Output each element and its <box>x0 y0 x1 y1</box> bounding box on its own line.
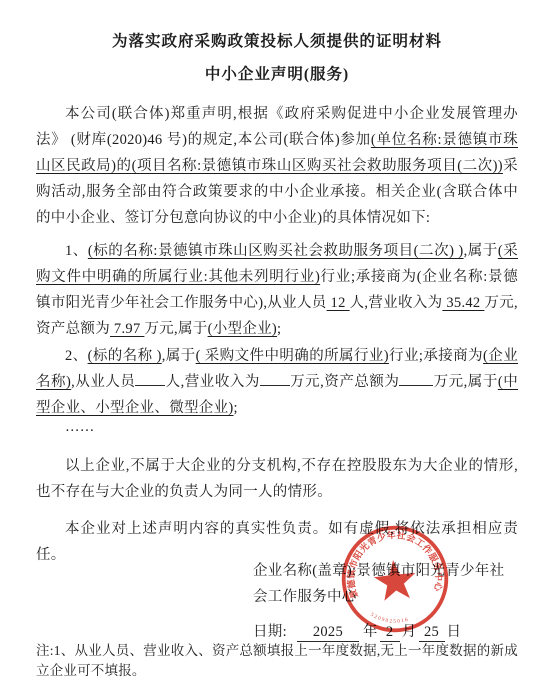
item1-employees-value: 12 <box>327 295 350 311</box>
item1-text: 万元,属于 <box>144 321 207 337</box>
item1-assets-value: 7.97 <box>110 321 144 337</box>
item2-text: 行业;承接商为 <box>389 348 483 364</box>
item1-size-field: (小型企业) <box>208 321 277 337</box>
branch-declaration-paragraph: 以上企业,不属于大企业的分支机构,不存在控股股东为大企业的情形,也不存在与大企业… <box>36 453 518 505</box>
date-year-field: 2025 <box>297 623 359 642</box>
year-unit: 年 <box>363 624 378 640</box>
item2-text: 万元,属于 <box>433 374 497 390</box>
item1-number: 1、 <box>65 243 88 259</box>
item2-text: ,属于 <box>162 348 196 364</box>
item2-industry-field: ( 采购文件中明确的所属行业) <box>196 348 389 364</box>
item2-text: ,从业人员 <box>71 374 135 390</box>
company-name-line: 企业名称(盖章):景德镇市阳光青少年社会工作服务中心 <box>253 558 519 610</box>
intro-paragraph: 本公司(联合体)郑重声明,根据《政府采购促进中小企业发展管理办法》 (财库(20… <box>36 101 518 231</box>
item1-subject-field: (标的名称:景德镇市珠山区购买社会救助服务项目(二次) ) <box>88 243 464 259</box>
item1-text: 人,营业收入为 <box>350 295 443 311</box>
project-name-field: (项目名称:景德镇市珠山区购买社会救助服务项目(二次)) <box>132 158 503 174</box>
item1-text: ; <box>277 321 281 337</box>
company-name-label: 企业名称(盖章): <box>253 563 356 579</box>
date-label: 日期: <box>253 624 287 640</box>
date-month-field: 2 <box>380 623 400 642</box>
signature-block: 企业名称(盖章):景德镇市阳光青少年社会工作服务中心 日期:2025 年2月25… <box>253 558 519 645</box>
doc-subtitle: 中小企业声明(服务) <box>36 64 518 86</box>
item1-text: ,属于 <box>464 243 498 259</box>
month-unit: 月 <box>402 624 417 640</box>
day-unit: 日 <box>447 624 462 640</box>
date-day-field: 25 <box>419 623 445 642</box>
item2-assets-blank <box>399 371 433 386</box>
item1-revenue-value: 35.42 <box>442 295 484 311</box>
document-page: 为落实政府采购政策投标人须提供的证明材料 中小企业声明(服务) 本公司(联合体)… <box>0 0 554 700</box>
item2-subject-field: (标的名称 ) <box>88 348 162 364</box>
item2-employees-blank <box>135 371 165 386</box>
item2-text: 人,营业收入为 <box>165 374 259 390</box>
item2-text: 万元,资产总额为 <box>290 374 400 390</box>
item2-paragraph: 2、(标的名称 ),属于( 采购文件中明确的所属行业)行业;承接商为(企业名称)… <box>36 343 518 421</box>
ellipsis-line: …… <box>36 414 518 440</box>
item2-revenue-blank <box>260 371 290 386</box>
footnote: 注:1、从业人员、营业收入、资产总额填报上一年度数据,无上一年度数据的新成立企业… <box>36 641 518 681</box>
doc-title: 为落实政府采购政策投标人须提供的证明材料 <box>36 31 518 53</box>
item2-number: 2、 <box>65 348 88 364</box>
item1-paragraph: 1、(标的名称:景德镇市珠山区购买社会救助服务项目(二次) ),属于(采购文件中… <box>36 238 518 342</box>
